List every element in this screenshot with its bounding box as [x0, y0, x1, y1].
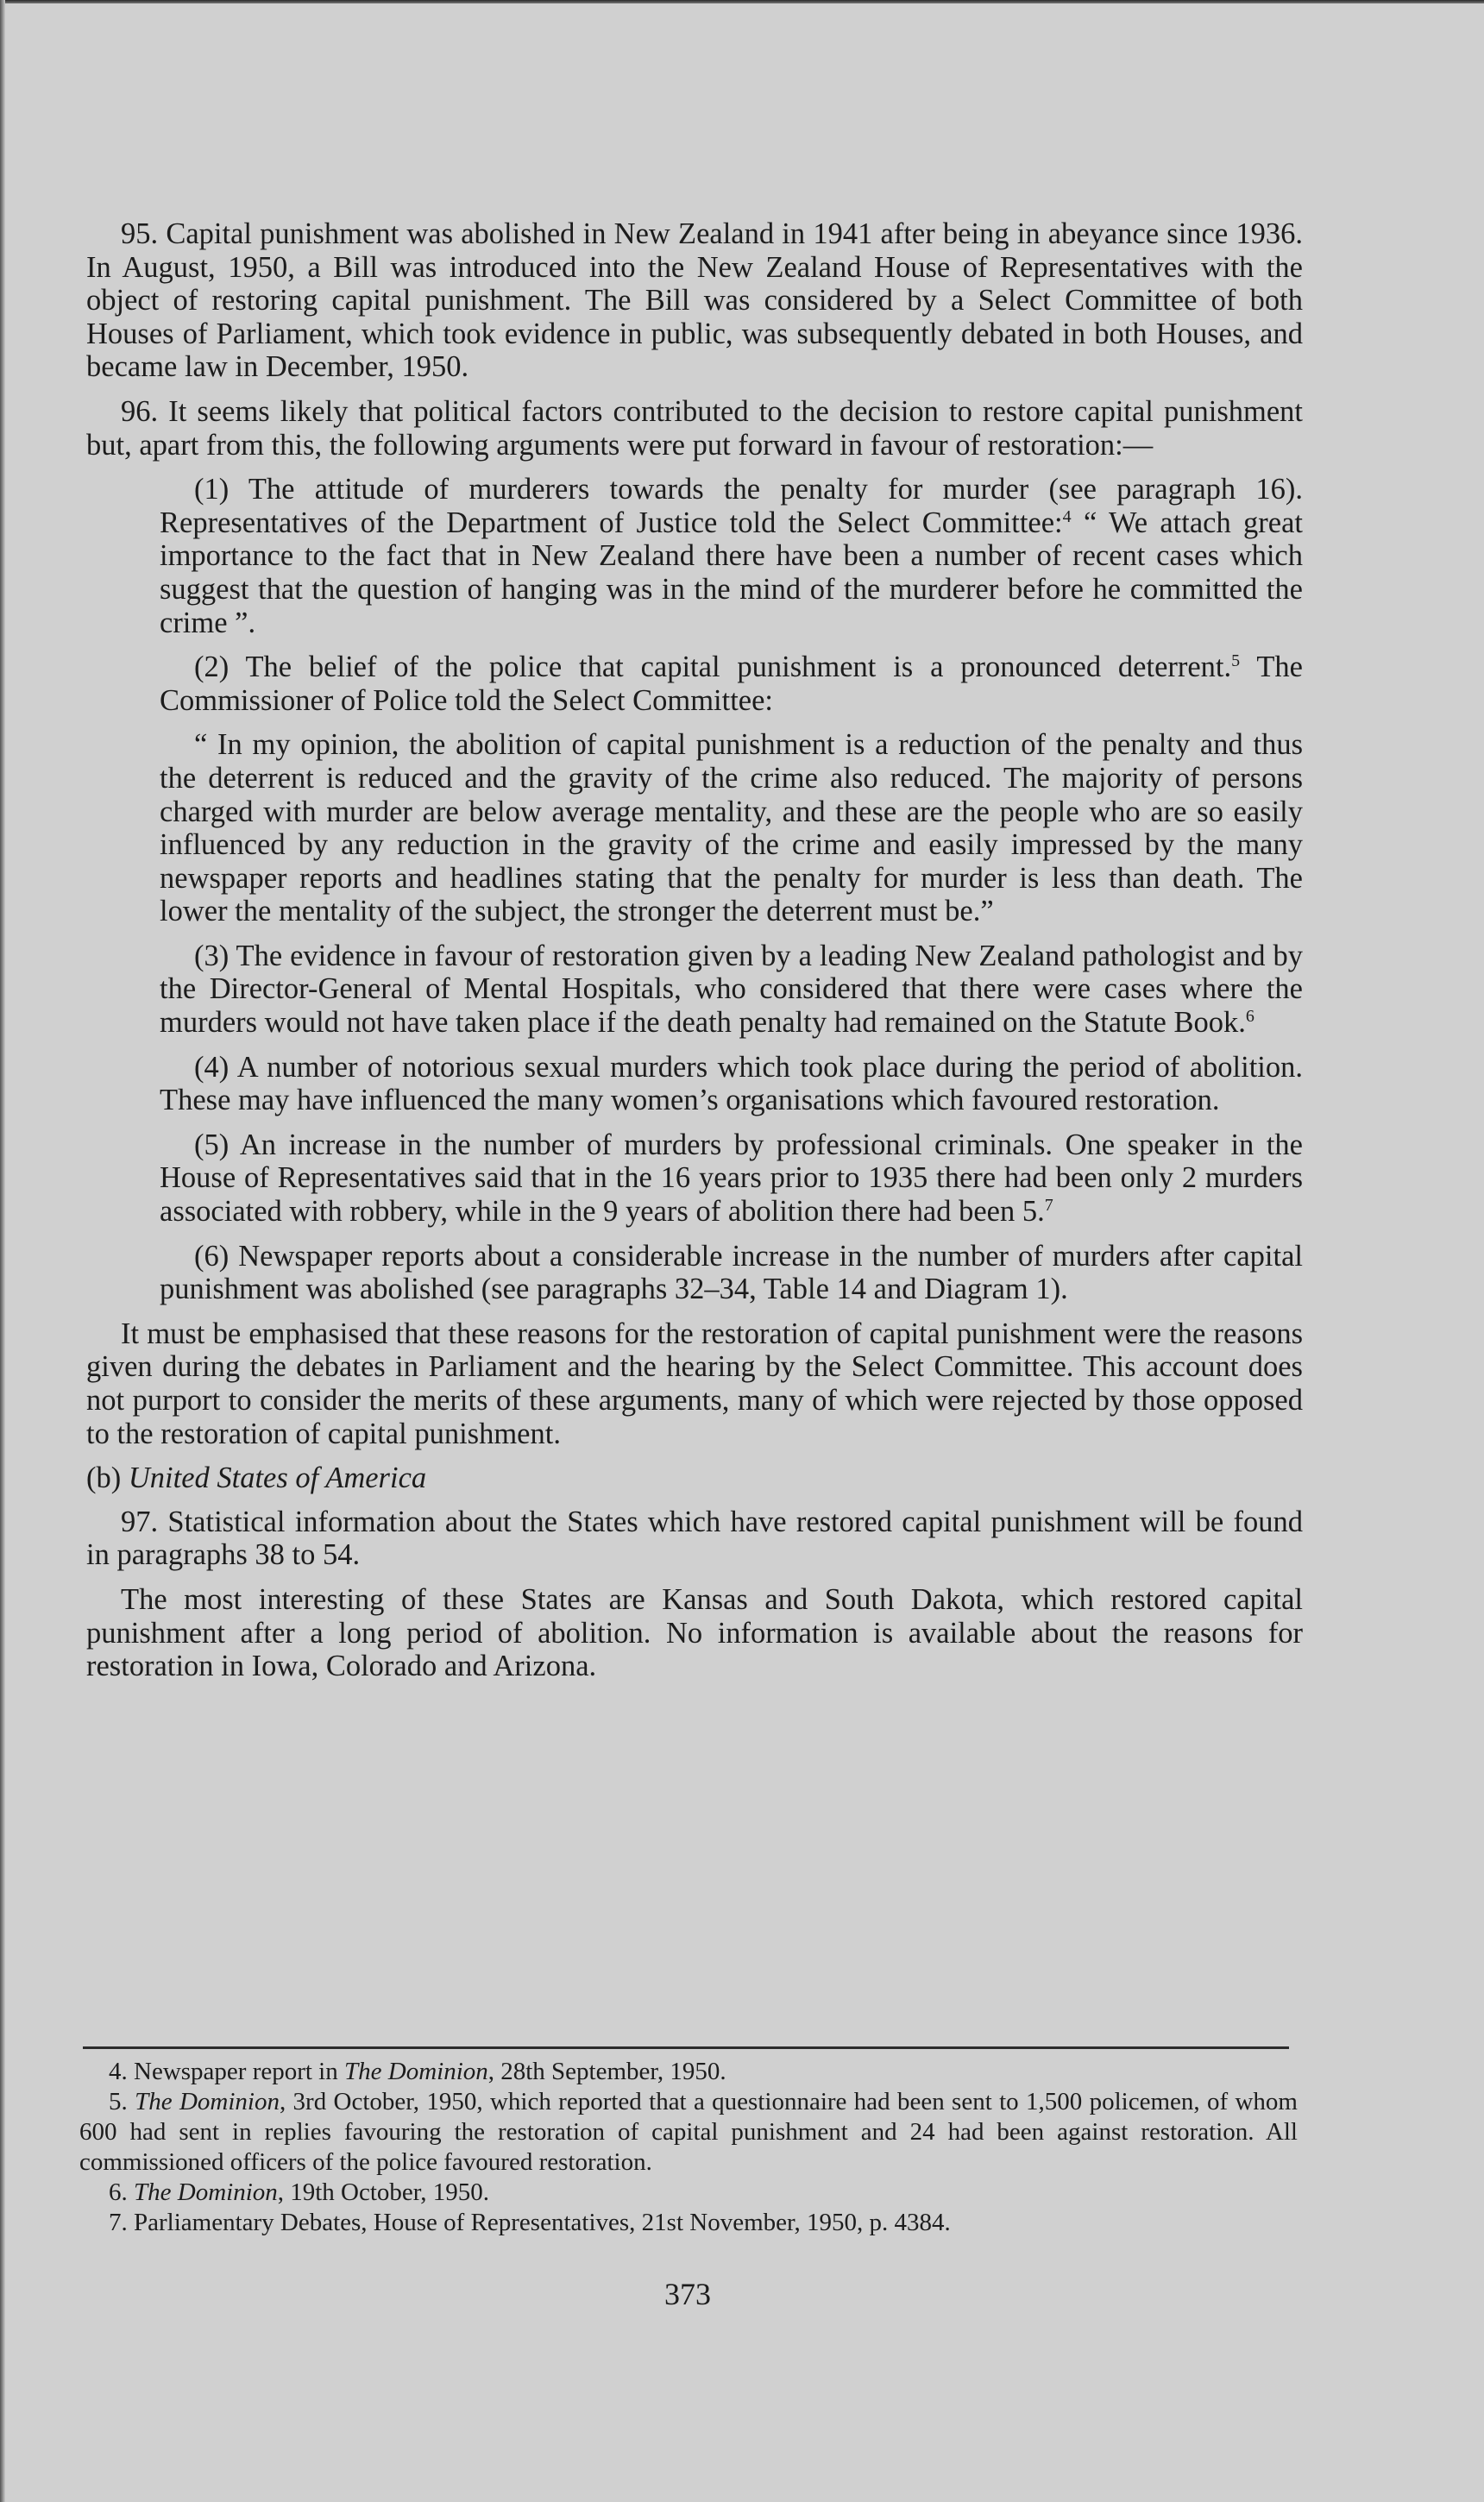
section-heading-usa: (b) United States of America [86, 1462, 1303, 1495]
argument-2: (2) The belief of the police that capita… [86, 651, 1303, 717]
page-top-edge [0, 0, 1484, 3]
argument-4: (4) A number of notorious sexual murders… [86, 1051, 1303, 1117]
argument-3: (3) The evidence in favour of restoratio… [86, 940, 1303, 1040]
paragraph-96: 96. It seems likely that political facto… [86, 395, 1303, 462]
footnote-ref-4: 4 [1063, 507, 1072, 526]
paragraph-97: 97. Statistical information about the St… [86, 1506, 1303, 1572]
page-left-edge [0, 0, 5, 2502]
argument-2-text: (2) The belief of the police that capita… [194, 651, 1231, 683]
footnote-6-source: The Dominion [134, 2178, 278, 2206]
footnote-divider [83, 2046, 1289, 2049]
footnote-4: 4. Newspaper report in The Dominion, 28t… [79, 2057, 1298, 2087]
argument-5-text: (5) An increase in the number of murders… [160, 1128, 1303, 1228]
footnote-4-text: 4. Newspaper report in [109, 2058, 344, 2085]
footnote-4-source: The Dominion [344, 2058, 488, 2085]
argument-1: (1) The attitude of murderers towards th… [86, 473, 1303, 639]
footnote-ref-6: 6 [1246, 1007, 1254, 1026]
argument-5: (5) An increase in the number of murders… [86, 1128, 1303, 1229]
footnote-ref-7: 7 [1045, 1196, 1053, 1215]
footnote-5-source: The Dominion [135, 2088, 280, 2115]
main-text: 95. Capital punishment was abolished in … [86, 217, 1303, 1694]
footnotes: 4. Newspaper report in The Dominion, 28t… [79, 2057, 1298, 2238]
footnote-4-date: , 28th September, 1950. [488, 2058, 726, 2085]
footnote-6: 6. The Dominion, 19th October, 1950. [79, 2178, 1298, 2208]
section-heading-title: United States of America [129, 1462, 426, 1494]
footnote-7: 7. Parliamentary Debates, House of Repre… [79, 2208, 1298, 2238]
commissioner-quote: “ In my opinion, the abolition of capita… [86, 728, 1303, 928]
emphasis-paragraph: It must be emphasised that these reasons… [86, 1317, 1303, 1450]
argument-3-text: (3) The evidence in favour of restoratio… [160, 940, 1303, 1039]
paragraph-95: 95. Capital punishment was abolished in … [86, 217, 1303, 384]
footnote-5: 5. The Dominion, 3rd October, 1950, whic… [79, 2087, 1298, 2178]
section-heading-prefix: (b) [86, 1462, 129, 1494]
footnote-6-date: , 19th October, 1950. [278, 2178, 489, 2206]
argument-6: (6) Newspaper reports about a considerab… [86, 1240, 1303, 1306]
footnote-6-number: 6. [109, 2178, 134, 2206]
footnote-5-number: 5. [109, 2088, 135, 2115]
footnote-ref-5: 5 [1231, 651, 1240, 670]
paragraph-97-continued: The most interesting of these States are… [86, 1583, 1303, 1683]
page-number: 373 [0, 2276, 1484, 2312]
